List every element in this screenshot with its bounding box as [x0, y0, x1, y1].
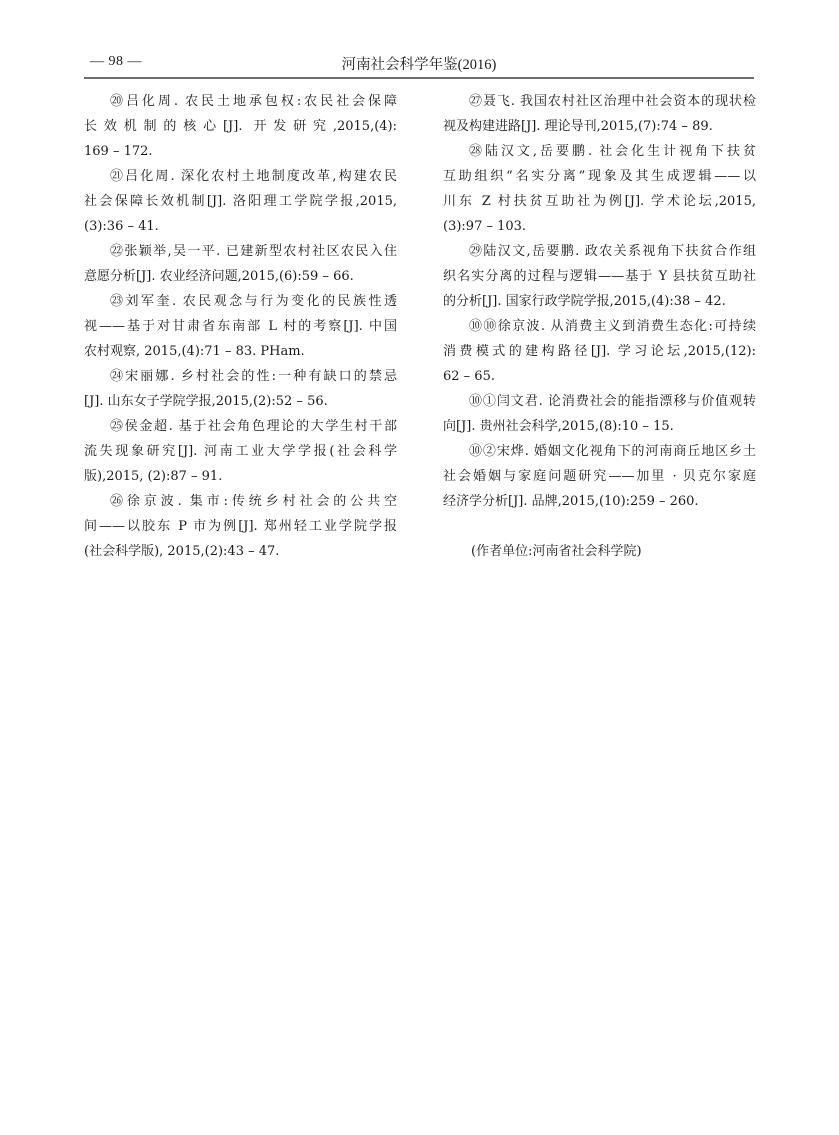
page-header: — 98 — 河南社会科学年鉴(2016)	[84, 52, 754, 76]
right-column: ㉗聂飞. 我国农村社区治理中社会资本的现状检视及构建进路[J]. 理论导刊,20…	[443, 89, 756, 564]
reference-entry-start: ㉑吕化周. 深化农村土地制度改革,构建农民	[84, 164, 397, 189]
reference-line: 互助组织“名实分离”现象及其生成逻辑——以	[443, 164, 756, 189]
reference-line: 的分析[J]. 国家行政学院学报,2015,(4):38 – 42.	[443, 289, 756, 314]
reference-entry-start: ㉗聂飞. 我国农村社区治理中社会资本的现状检	[443, 89, 756, 114]
reference-line: 经济学分析[J]. 品牌,2015,(10):259 – 260.	[443, 489, 756, 514]
reference-line: (社会科学版), 2015,(2):43 – 47.	[84, 539, 397, 564]
reference-line: 62 – 65.	[443, 364, 756, 389]
reference-line: 169 – 172.	[84, 139, 397, 164]
reference-line: [J]. 山东女子学院学报,2015,(2):52 – 56.	[84, 389, 397, 414]
spacer	[443, 514, 756, 539]
reference-line: 川东 Z 村扶贫互助社为例[J]. 学术论坛,2015,	[443, 189, 756, 214]
reference-entry-start: ㉖徐京波. 集市:传统乡村社会的公共空	[84, 489, 397, 514]
reference-line: 消费模式的建构路径[J]. 学习论坛,2015,(12):	[443, 339, 756, 364]
reference-entry-start: ㉙陆汉文,岳要鹏. 政农关系视角下扶贫合作组	[443, 239, 756, 264]
reference-entry-start: ㉒张颖举,吴一平. 已建新型农村社区农民入住	[84, 239, 397, 264]
reference-line: 间——以胶东 P 市为例[J]. 郑州轻工业学院学报	[84, 514, 397, 539]
left-column: ⑳吕化周. 农民土地承包权:农民社会保障长效机制的核心[J]. 开发研究,201…	[84, 89, 397, 564]
reference-line: 农村观察, 2015,(4):71 – 83. PHam.	[84, 339, 397, 364]
reference-line: 流失现象研究[J]. 河南工业大学学报(社会科学	[84, 439, 397, 464]
reference-line: 版),2015, (2):87 – 91.	[84, 464, 397, 489]
reference-line: 向[J]. 贵州社会科学,2015,(8):10 – 15.	[443, 414, 756, 439]
reference-entry-start: ⑩②宋烨. 婚姻文化视角下的河南商丘地区乡土	[443, 439, 756, 464]
author-affiliation: (作者单位:河南省社会科学院)	[443, 539, 756, 564]
header-rule	[84, 77, 754, 79]
reference-line: (3):97 – 103.	[443, 214, 756, 239]
reference-entry-start: ⑩①闫文君. 论消费社会的能指漂移与价值观转	[443, 389, 756, 414]
reference-line: (3):36 – 41.	[84, 214, 397, 239]
running-title: 河南社会科学年鉴(2016)	[84, 53, 754, 74]
reference-entry-start: ⑩⑩徐京波. 从消费主义到消费生态化:可持续	[443, 314, 756, 339]
reference-line: 视——基于对甘肃省东南部 L 村的考察[J]. 中国	[84, 314, 397, 339]
reference-entry-start: ⑳吕化周. 农民土地承包权:农民社会保障	[84, 89, 397, 114]
reference-entry-start: ㉕侯金超. 基于社会角色理论的大学生村干部	[84, 414, 397, 439]
reference-line: 视及构建进路[J]. 理论导刊,2015,(7):74 – 89.	[443, 114, 756, 139]
reference-line: 社会保障长效机制[J]. 洛阳理工学院学报,2015,	[84, 189, 397, 214]
reference-line: 长效机制的核心[J]. 开发研究,2015,(4):	[84, 114, 397, 139]
reference-entry-start: ㉓刘军奎. 农民观念与行为变化的民族性透	[84, 289, 397, 314]
reference-entry-start: ㉔宋丽娜. 乡村社会的性:一种有缺口的禁忌	[84, 364, 397, 389]
reference-line: 意愿分析[J]. 农业经济问题,2015,(6):59 – 66.	[84, 264, 397, 289]
reference-line: 织名实分离的过程与逻辑——基于 Y 县扶贫互助社	[443, 264, 756, 289]
reference-line: 社会婚姻与家庭问题研究——加里 · 贝克尔家庭	[443, 464, 756, 489]
reference-entry-start: ㉘陆汉文,岳要鹏. 社会化生计视角下扶贫	[443, 139, 756, 164]
